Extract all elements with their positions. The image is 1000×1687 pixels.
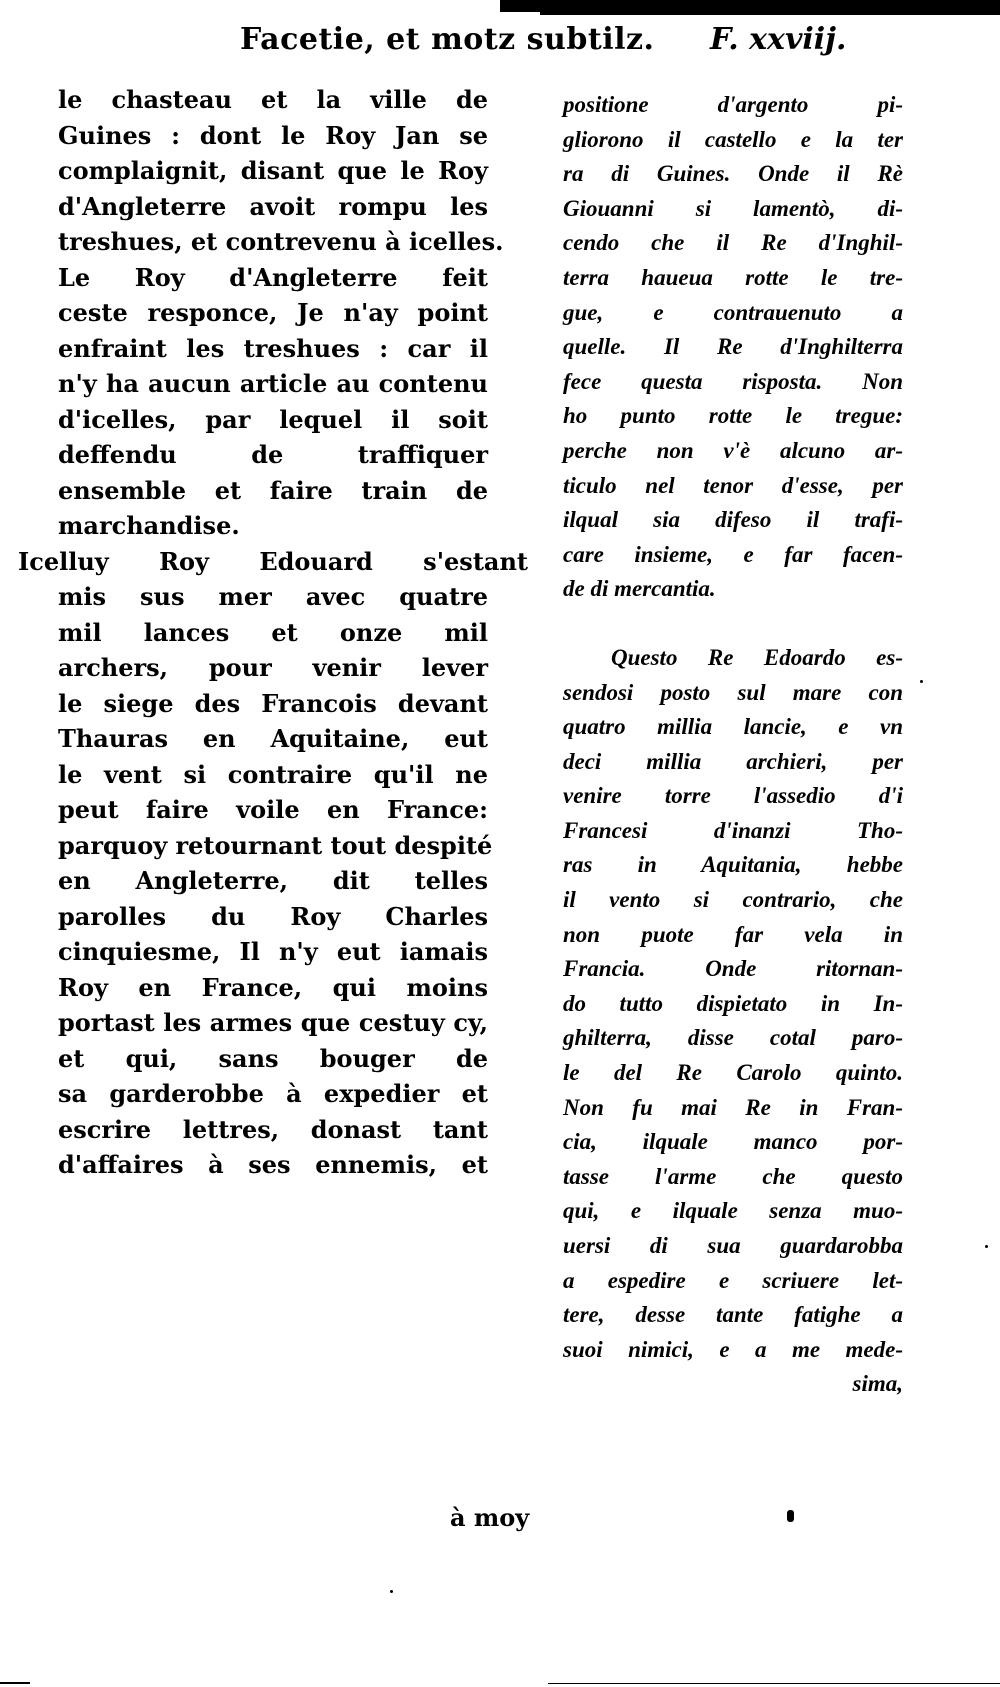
text-line: tasse l'arme che questo [563, 1160, 903, 1195]
text-line: d'icelles, par lequel il soit [18, 402, 488, 438]
text-line: gliorono il castello e la ter [563, 123, 903, 158]
text-line: fece questa risposta. Non [563, 365, 903, 400]
folio-number: F. xxviij. [710, 22, 846, 57]
text-line: mis sus mer avec quatre [18, 579, 488, 615]
ink-speck [390, 1590, 393, 1593]
text-line: quelle. Il Re d'Inghilterra [563, 330, 903, 365]
text-line: Non fu mai Re in Fran- [563, 1091, 903, 1126]
text-line: ho punto rotte le tregue: [563, 399, 903, 434]
ink-speck [985, 1245, 988, 1248]
text-line: ilqual sia difeso il trafi- [563, 503, 903, 538]
text-line: a espedire e scriuere let- [563, 1264, 903, 1299]
text-line: do tutto dispietato in In- [563, 987, 903, 1022]
text-line: complaignit, disant que le Roy [18, 153, 488, 189]
text-line: Francia. Onde ritornan- [563, 952, 903, 987]
text-line: gue, e contrauenuto a [563, 296, 903, 331]
text-line: en Angleterre, dit telles [18, 863, 488, 899]
text-line: deci millia archieri, per [563, 745, 903, 780]
running-head: Facetie, et motz subtilz. [240, 22, 654, 57]
text-line: sima, [563, 1367, 903, 1402]
text-line: d'Angleterre avoit rompu les [18, 189, 488, 225]
text-line: non puote far vela in [563, 918, 903, 953]
text-line: d'affaires à ses ennemis, et [18, 1147, 488, 1183]
text-line: mil lances et onze mil [18, 615, 488, 651]
catchword: à moy [450, 1503, 529, 1532]
text-line: le del Re Carolo quinto. [563, 1056, 903, 1091]
text-line: parquoy retournant tout despité [18, 828, 488, 864]
text-line: ensemble et faire train de [18, 473, 488, 509]
paragraph-gap [563, 607, 903, 641]
text-line: le vent si contraire qu'il ne [18, 757, 488, 793]
italian-column: positione d'argento pi- gliorono il cast… [563, 88, 903, 1402]
text-line: parolles du Roy Charles [18, 899, 488, 935]
text-line: Giouanni si lamentò, di- [563, 192, 903, 227]
text-line: quatro millia lancie, e vn [563, 710, 903, 745]
text-line: ticulo nel tenor d'esse, per [563, 469, 903, 504]
text-line: sendosi posto sul mare con [563, 676, 903, 711]
paragraph-start-line: Icelluy Roy Edouard s'estant [18, 544, 528, 580]
text-line: marchandise. [18, 508, 488, 544]
text-line: deffendu de traffiquer [18, 437, 488, 473]
ink-speck [920, 680, 923, 683]
text-line: venire torre l'assedio d'i [563, 779, 903, 814]
text-line: sa garderobbe à expedier et [18, 1076, 488, 1112]
text-line: treshues, et contrevenu à icelles. [18, 224, 488, 260]
text-line: ras in Aquitania, hebbe [563, 848, 903, 883]
text-line: et qui, sans bouger de [18, 1041, 488, 1077]
text-line: peut faire voile en France: [18, 792, 488, 828]
text-line: Guines : dont le Roy Jan se [18, 118, 488, 154]
text-line: Thauras en Aquitaine, eut [18, 721, 488, 757]
text-line: cendo che il Re d'Inghil- [563, 226, 903, 261]
text-line: suoi nimici, e a me mede- [563, 1333, 903, 1368]
text-line: care insieme, e far facen- [563, 538, 903, 573]
text-line: Le Roy d'Angleterre feit [18, 260, 488, 296]
ink-mark [787, 1510, 794, 1522]
text-line: cinquiesme, Il n'y eut iamais [18, 934, 488, 970]
scan-edge-rule [548, 1683, 1000, 1684]
text-line: de di mercantia. [563, 572, 903, 607]
text-line: archers, pour venir lever [18, 650, 488, 686]
text-line: tere, desse tante fatighe a [563, 1298, 903, 1333]
text-line: cia, ilquale manco por- [563, 1125, 903, 1160]
text-line: Francesi d'inanzi Tho- [563, 814, 903, 849]
page-header: Facetie, et motz subtilz. F. xxviij. [0, 22, 1000, 82]
text-line: le chasteau et la ville de [18, 82, 488, 118]
text-line: ghilterra, disse cotal paro- [563, 1021, 903, 1056]
text-line: ceste responce, Je n'ay point [18, 295, 488, 331]
text-line: qui, e ilquale senza muo- [563, 1194, 903, 1229]
text-line: ra di Guines. Onde il Rè [563, 157, 903, 192]
scan-edge-rule [0, 1682, 30, 1684]
text-line: uersi di sua guardarobba [563, 1229, 903, 1264]
text-line: enfraint les treshues : car il [18, 331, 488, 367]
scan-edge-bar-thin [540, 12, 1000, 15]
text-line: n'y ha aucun article au contenu [18, 366, 488, 402]
text-line: positione d'argento pi- [563, 88, 903, 123]
text-line: il vento si contrario, che [563, 883, 903, 918]
text-line: perche non v'è alcuno ar- [563, 434, 903, 469]
text-line: terra haueua rotte le tre- [563, 261, 903, 296]
text-line: le siege des Francois devant [18, 686, 488, 722]
scan-edge-bar [500, 0, 1000, 12]
text-line: portast les armes que cestuy cy, [18, 1005, 488, 1041]
text-line: Roy en France, qui moins [18, 970, 488, 1006]
french-column: le chasteau et la ville de Guines : dont… [18, 82, 518, 1183]
paragraph-start-line: Questo Re Edoardo es- [563, 641, 903, 676]
text-line: escrire lettres, donast tant [18, 1112, 488, 1148]
